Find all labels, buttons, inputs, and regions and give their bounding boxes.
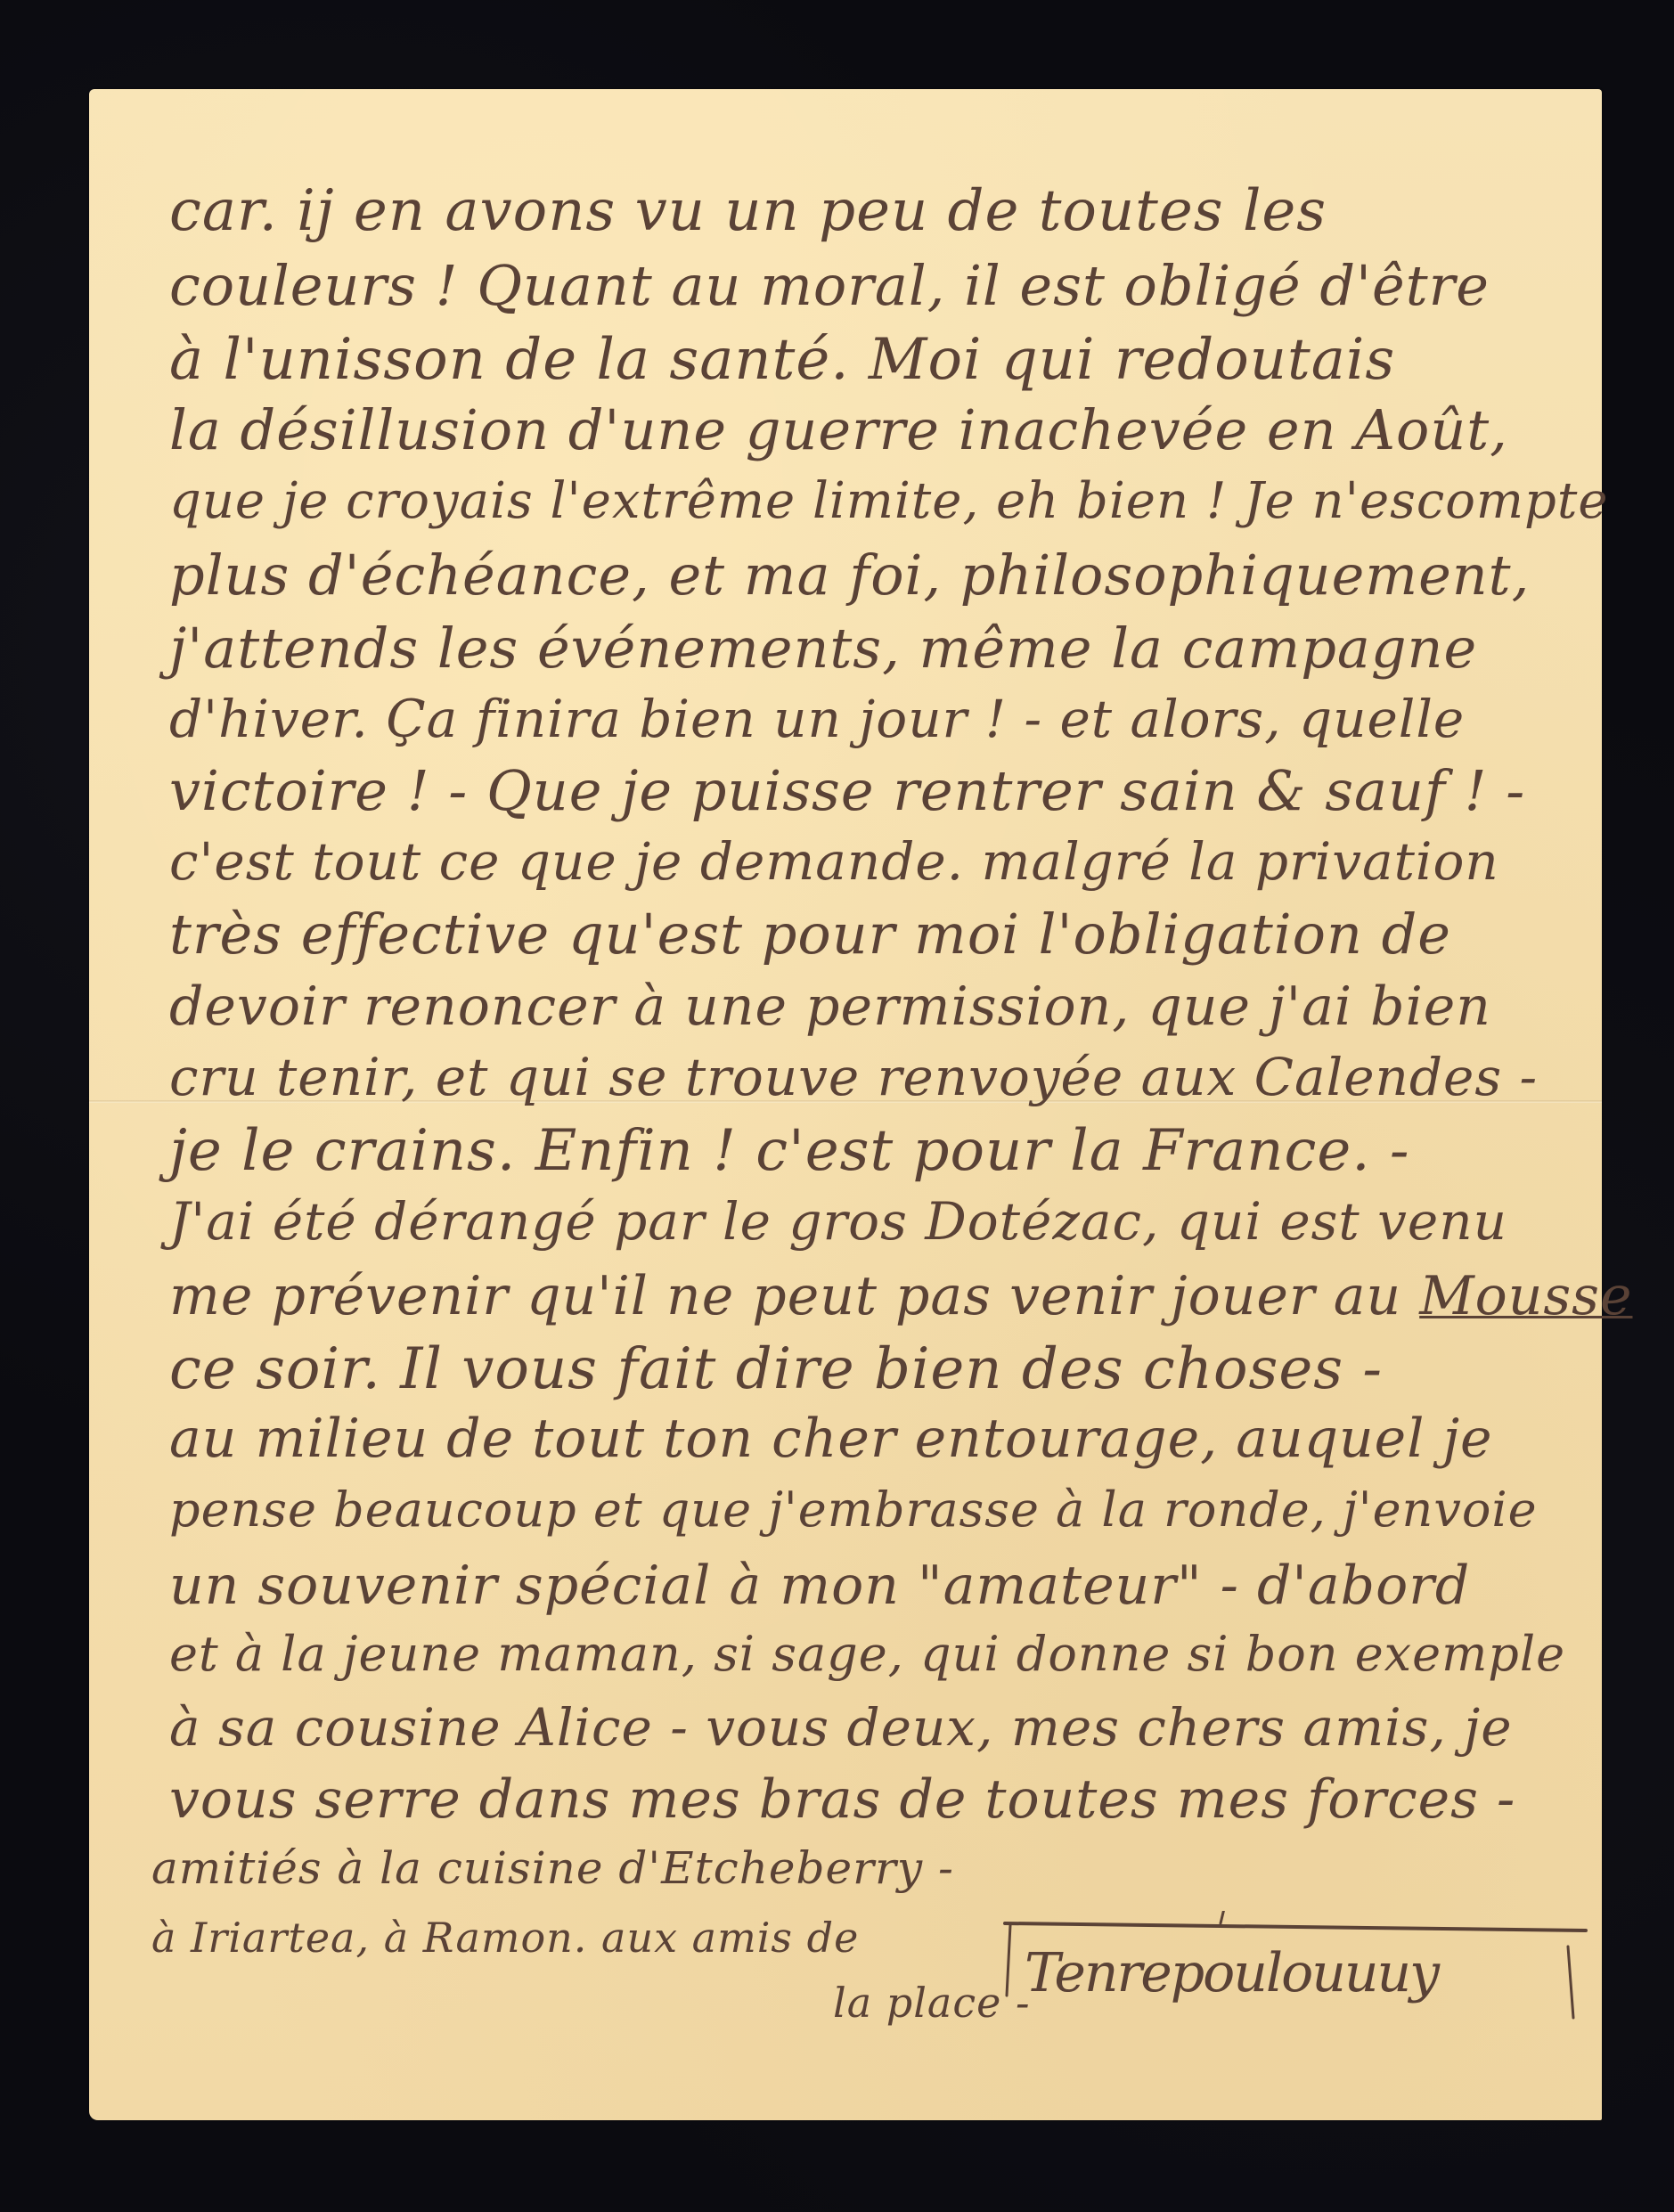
text-line-12: devoir renoncer à une permission, que j'… <box>169 980 1491 1033</box>
text-line-23: vous serre dans mes bras de toutes mes f… <box>169 1773 1515 1826</box>
text-line-13: cru tenir, et qui se trouve renvoyée aux… <box>169 1051 1538 1103</box>
text-line-2: couleurs ! Quant au moral, il est obligé… <box>169 258 1490 314</box>
text-line-22: à sa cousine Alice - vous deux, mes cher… <box>169 1702 1513 1753</box>
signature: Tenrepoulouuuy <box>998 1911 1604 2045</box>
text-line-16-main: me prévenir qu'il ne peut pas venir joue… <box>169 1265 1401 1327</box>
text-line-19: pense beaucoup et que j'embrasse à la ro… <box>169 1486 1538 1534</box>
text-line-20: un souvenir spécial à mon "amateur" - d'… <box>169 1559 1470 1612</box>
text-line-6: plus d'échéance, et ma foi, philosophiqu… <box>169 548 1530 603</box>
text-line-1: car. ij en avons vu un peu de toutes les <box>169 183 1327 240</box>
text-line-11: très effective qu'est pour moi l'obligat… <box>169 907 1451 962</box>
text-line-21: et à la jeune maman, si sage, qui donne … <box>169 1630 1565 1678</box>
text-line-9: victoire ! - Que je puisse rentrer sain … <box>169 763 1525 819</box>
underlined-word-mousse: Mousse <box>1419 1265 1632 1327</box>
text-line-8: d'hiver. Ça finira bien un jour ! - et a… <box>169 693 1465 745</box>
text-line-10: c'est tout ce que je demande. malgré la … <box>169 836 1499 887</box>
signature-text: Tenrepoulouuuy <box>1025 1942 1438 2004</box>
text-line-24: amitiés à la cuisine d'Etcheberry - <box>151 1846 954 1890</box>
letter-page: car. ij en avons vu un peu de toutes les… <box>89 89 1602 2120</box>
handwritten-text-body: car. ij en avons vu un peu de toutes les… <box>89 89 1602 2120</box>
text-line-15: J'ai été dérangé par le gros Dotézac, qu… <box>169 1196 1507 1247</box>
text-line-4: la désillusion d'une guerre inachevée en… <box>169 403 1508 458</box>
text-line-17: ce soir. Il vous fait dire bien des chos… <box>169 1341 1383 1398</box>
text-line-25: à Iriartea, à Ramon. aux amis de <box>151 1917 859 1958</box>
text-line-3: à l'unisson de la santé. Moi qui redouta… <box>169 331 1395 388</box>
text-line-16: me prévenir qu'il ne peut pas venir joue… <box>169 1269 1632 1323</box>
text-line-7: j'attends les événements, même la campag… <box>169 621 1477 676</box>
text-line-14: je le crains. Enfin ! c'est pour la Fran… <box>169 1122 1410 1179</box>
text-line-5: que je croyais l'extrême limite, eh bien… <box>169 477 1609 526</box>
text-line-18: au milieu de tout ton cher entourage, au… <box>169 1412 1493 1465</box>
